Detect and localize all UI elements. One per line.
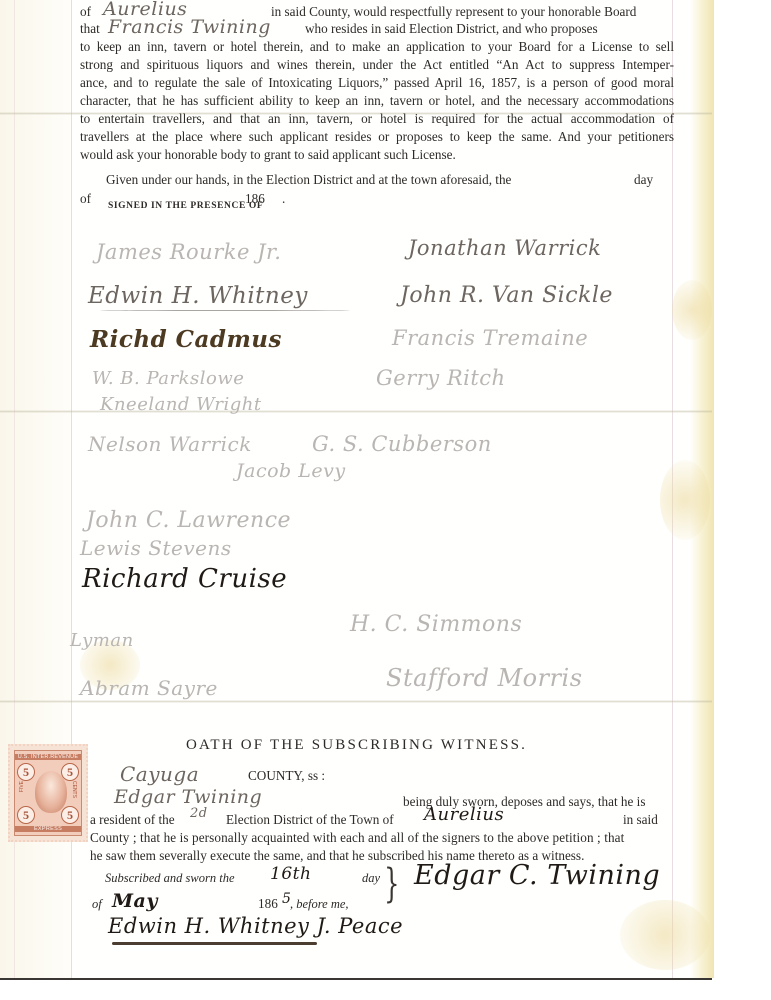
stamp-denomination: 5 (17, 806, 35, 824)
signature: Richd Cadmus (90, 326, 282, 353)
signature: Kneeland Wright (100, 394, 262, 415)
stamp-denomination: 5 (17, 763, 35, 781)
paper-fold (0, 700, 712, 703)
signature: Abram Sayre (80, 676, 218, 700)
signature: Jacob Levy (236, 460, 346, 482)
handwritten-county: Cayuga (120, 762, 199, 786)
signature-underline (112, 942, 317, 945)
district-text: Election District of the Town of (226, 811, 394, 829)
signature: W. B. Parkslowe (92, 368, 244, 389)
signature: John R. Van Sickle (400, 283, 613, 308)
oath-body-line: County ; that he is personally acquainte… (90, 829, 624, 847)
signature: Edwin H. Whitney (88, 283, 308, 309)
signature: John C. Lawrence (86, 508, 291, 533)
signature: G. S. Cubberson (312, 432, 492, 456)
stamp-top-text: U.S. INTER.REVENUE (15, 754, 81, 760)
petition-line-2: who resides in said Election District, a… (305, 20, 598, 38)
year-period: . (282, 190, 285, 208)
signature: Lyman (70, 630, 134, 651)
signature: Lewis Stevens (80, 536, 232, 560)
jurat-day-label: day (362, 871, 380, 886)
signature-flourish (100, 310, 350, 311)
stain (660, 460, 710, 540)
handwritten-witness-name: Edgar Twining (114, 786, 262, 808)
before-me-label: , before me, (290, 897, 349, 912)
petition-line-1: in said County, would respectfully repre… (271, 3, 636, 21)
witness-signature: Edgar C. Twining (414, 860, 660, 891)
signed-presence-label: SIGNED IN THE PRESENCE OF (108, 201, 263, 211)
oath-heading: OATH OF THE SUBSCRIBING WITNESS. (186, 737, 527, 754)
handwritten-applicant: Francis Twining (108, 16, 271, 38)
stamp-frame: U.S. INTER.REVENUE 5 5 5 5 FIVE CENTS EX… (14, 750, 82, 836)
signature: H. C. Simmons (350, 612, 522, 637)
stamp-right-text: CENTS (71, 781, 77, 798)
signature: Jonathan Warrick (408, 236, 601, 260)
signature: Francis Tremaine (392, 326, 588, 350)
handwritten-town: Aurelius (424, 804, 504, 825)
given-day-label: day (634, 171, 653, 189)
that-label: that (80, 20, 100, 38)
jurat-of-label: of (92, 897, 102, 912)
signature: Stafford Morris (386, 664, 583, 692)
revenue-stamp: U.S. INTER.REVENUE 5 5 5 5 FIVE CENTS EX… (8, 744, 88, 842)
petition-body-line: to entertain travellers, and that an inn… (80, 110, 674, 128)
justice-signature: Edwin H. Whitney J. Peace (108, 914, 403, 938)
signature: Richard Cruise (82, 564, 287, 594)
in-said-label: in said (623, 811, 658, 829)
stain (620, 900, 710, 970)
subscribed-label: Subscribed and sworn the (105, 871, 235, 886)
resident-prefix: a resident of the (90, 811, 175, 829)
handwritten-day: 16th (270, 864, 311, 884)
signature: Gerry Ritch (376, 366, 506, 390)
petition-body-line: character, that he has sufficient abilit… (80, 92, 674, 110)
signature: James Rourke Jr. (96, 240, 281, 264)
petition-body-line: strong and spirituous liquors and wines … (80, 56, 674, 74)
petition-last-line: would ask your honorable body to grant t… (80, 146, 456, 164)
petition-body-line: ance, and to regulate the sale of Intoxi… (80, 74, 674, 92)
given-line: Given under our hands, in the Election D… (106, 171, 511, 189)
document-page: of Aurelius in said County, would respec… (0, 0, 712, 980)
stamp-denomination: 5 (61, 763, 79, 781)
county-label: COUNTY, ss : (248, 767, 325, 785)
stain (672, 280, 712, 340)
handwritten-month: May (112, 890, 158, 912)
petition-body-line: to keep an inn, tavern or hotel therein,… (80, 38, 674, 56)
stamp-bottom-text: EXPRESS (15, 826, 81, 832)
stamp-left-text: FIVE (19, 781, 25, 792)
jurat-year: 186 (258, 895, 278, 913)
handwritten-district: 2d (190, 806, 208, 821)
petition-body-line: travellers at the place where such appli… (80, 128, 674, 146)
of-label: of (80, 3, 91, 21)
of-date-label: of (80, 190, 91, 208)
brace: } (384, 864, 399, 904)
stamp-denomination: 5 (61, 806, 79, 824)
signature: Nelson Warrick (88, 432, 252, 456)
